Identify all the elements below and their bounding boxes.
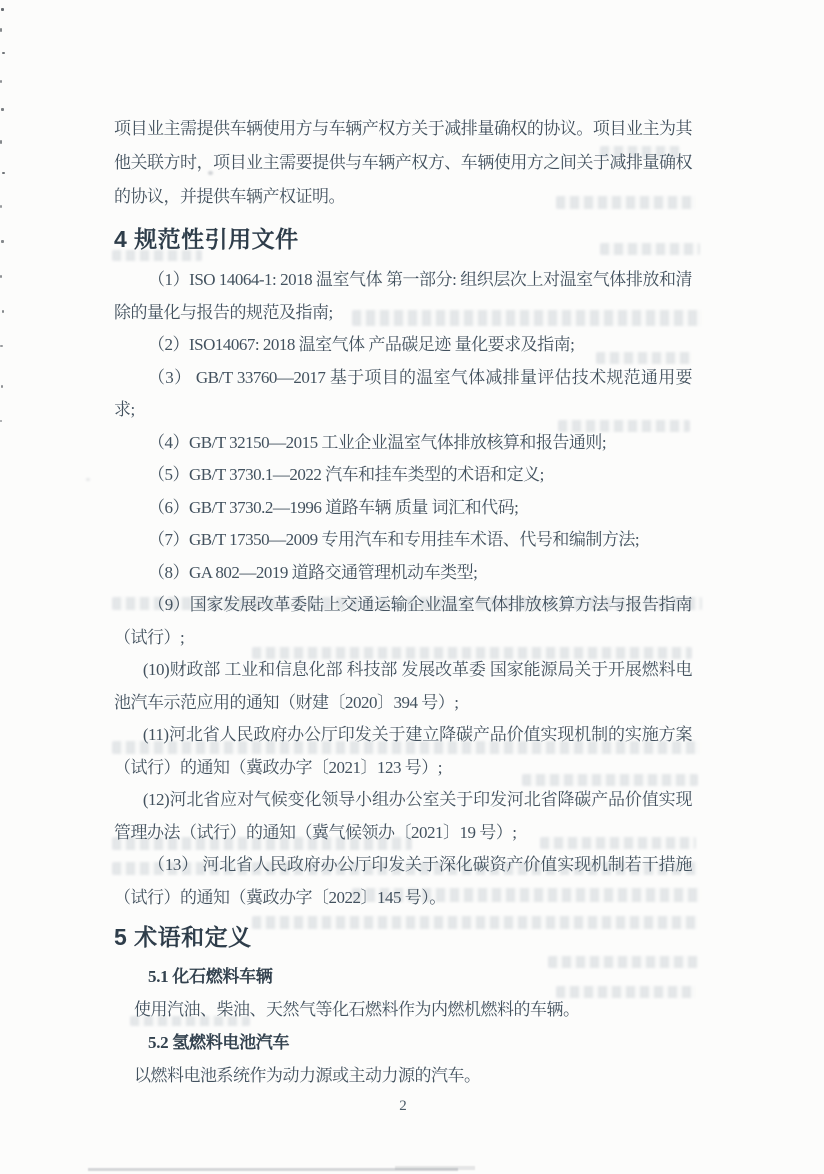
term-heading: 5.1 化石燃料车辆 — [148, 960, 692, 993]
section-4-heading: 4 规范性引用文件 — [114, 224, 692, 254]
term-definition: 以燃料电池系统作为动力源或主动力源的汽车。 — [134, 1059, 692, 1092]
scan-streak — [395, 1166, 475, 1170]
terms-list: 5.1 化石燃料车辆使用汽油、柴油、天然气等化石燃料作为内燃机燃料的车辆。5.2… — [114, 960, 692, 1092]
scan-speck — [0, 205, 2, 208]
scan-speck — [0, 345, 3, 347]
scan-speck — [0, 420, 2, 422]
reference-item: （1）ISO 14064-1: 2018 温室气体 第一部分: 组织层次上对温室… — [114, 264, 692, 329]
reference-item: （2）ISO14067: 2018 温室气体 产品碳足迹 量化要求及指南; — [114, 329, 692, 362]
scanned-document-page: 项目业主需提供车辆使用方与车辆产权方关于减排量确权的协议。项目业主为其他关联方时… — [0, 0, 824, 1174]
term-heading: 5.2 氢燃料电池汽车 — [148, 1026, 692, 1059]
scan-speck — [2, 52, 5, 54]
scan-speck — [0, 80, 2, 83]
reference-item: （4）GB/T 32150—2015 工业企业温室气体排放核算和报告通则; — [114, 427, 692, 460]
reference-item: （8）GA 802—2019 道路交通管理机动车类型; — [114, 557, 692, 590]
scan-speck — [1, 8, 4, 11]
reference-item: （9）国家发展改革委陆上交通运输企业温室气体排放核算方法与报告指南（试行）; — [114, 589, 692, 654]
term-definition: 使用汽油、柴油、天然气等化石燃料作为内燃机燃料的车辆。 — [134, 993, 692, 1026]
reference-item: （7）GB/T 17350—2009 专用汽车和专用挂车术语、代号和编制方法; — [114, 524, 692, 557]
reference-item: (10)财政部 工业和信息化部 科技部 发展改革委 国家能源局关于开展燃料电池汽… — [114, 654, 692, 719]
reference-item: (12)河北省应对气候变化领导小组办公室关于印发河北省降碳产品价值实现管理办法（… — [114, 784, 692, 849]
reference-item: (11)河北省人民政府办公厅印发关于建立降碳产品价值实现机制的实施方案（试行）的… — [114, 719, 692, 784]
scan-speck — [1, 240, 4, 243]
reference-item: （13） 河北省人民政府办公厅印发关于深化碳资产价值实现机制若干措施（试行）的通… — [114, 849, 692, 914]
reference-item: （3） GB/T 33760—2017 基于项目的温室气体减排量评估技术规范通用… — [114, 362, 692, 427]
scan-speck — [0, 28, 2, 32]
page-number: 2 — [114, 1096, 692, 1116]
scan-smudge — [86, 478, 90, 481]
scan-speck — [2, 172, 5, 174]
scan-speck — [1, 108, 4, 111]
reference-item: （5）GB/T 3730.1—2022 汽车和挂车类型的术语和定义; — [114, 459, 692, 492]
reference-item: （6）GB/T 3730.2—1996 道路车辆 质量 词汇和代码; — [114, 492, 692, 525]
scan-speck — [0, 275, 2, 278]
reference-list: （1）ISO 14064-1: 2018 温室气体 第一部分: 组织层次上对温室… — [114, 264, 692, 914]
intro-paragraph: 项目业主需提供车辆使用方与车辆产权方关于减排量确权的协议。项目业主为其他关联方时… — [114, 112, 692, 214]
scan-speck — [2, 310, 4, 313]
document-content: 项目业主需提供车辆使用方与车辆产权方关于减排量确权的协议。项目业主为其他关联方时… — [114, 112, 692, 1116]
scan-speck — [1, 385, 3, 388]
scan-speck — [0, 140, 2, 144]
section-5-heading: 5 术语和定义 — [114, 922, 692, 952]
